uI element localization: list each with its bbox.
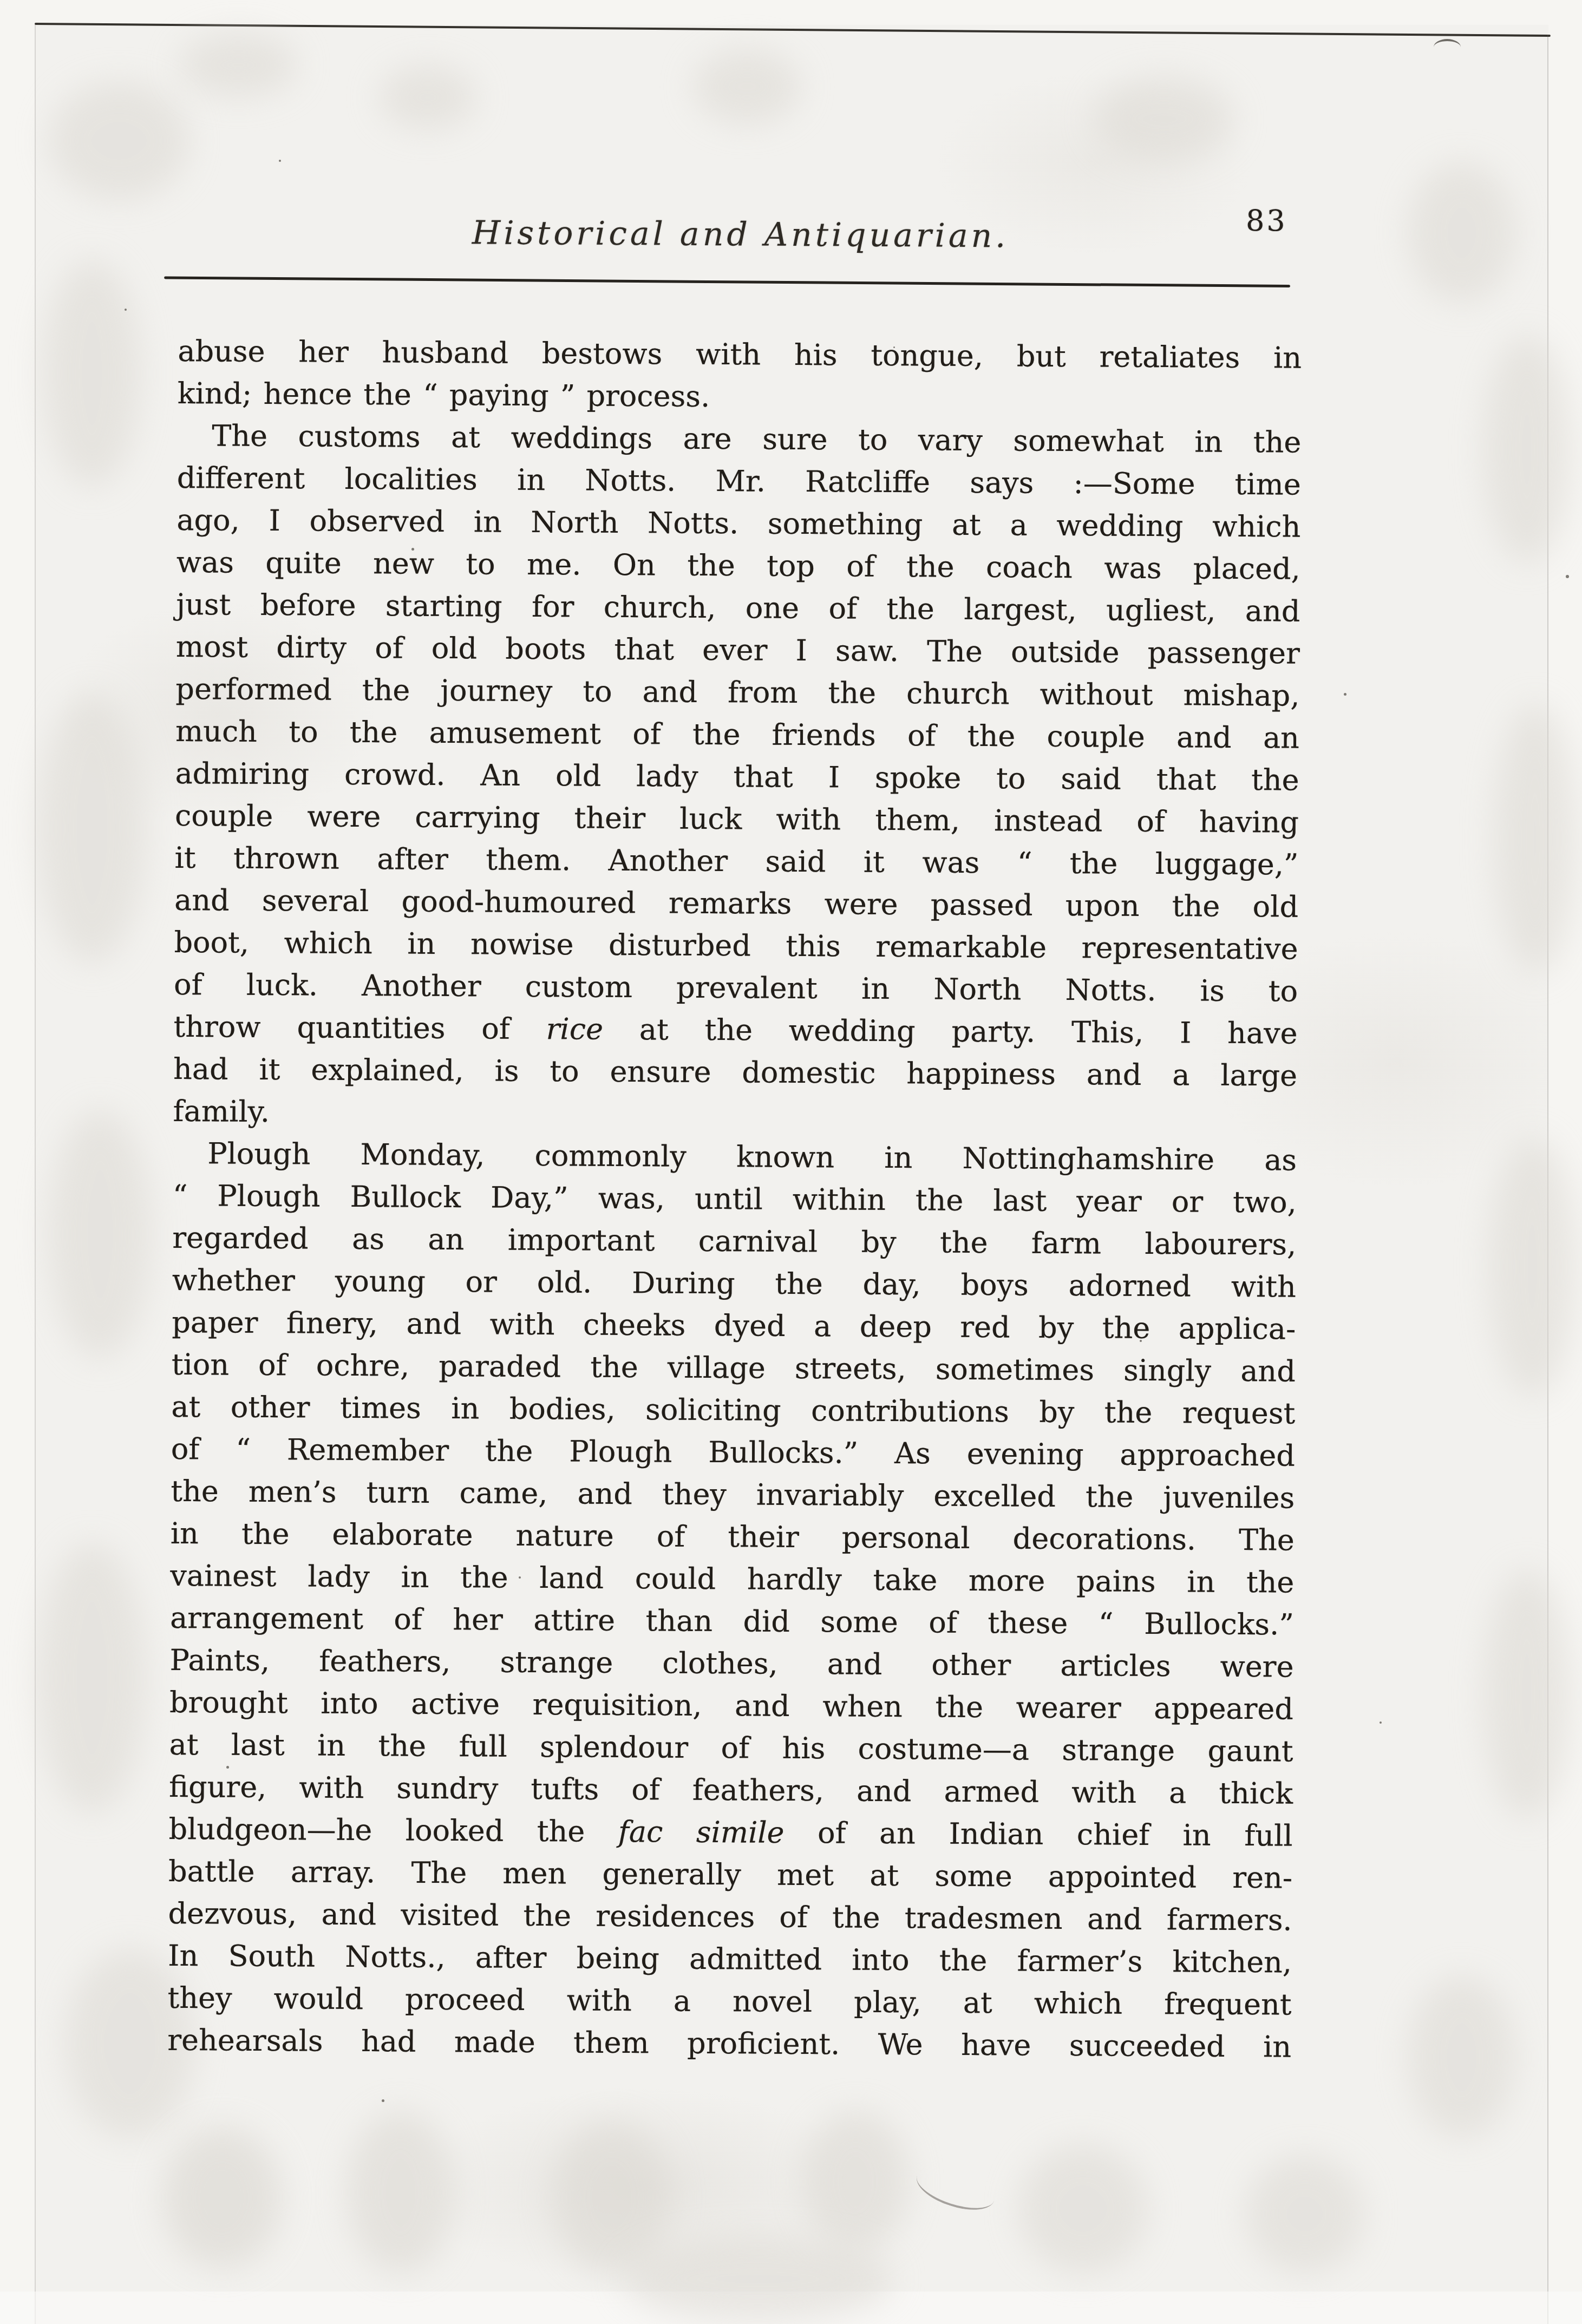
text-line: battle array. The men generally met at s… bbox=[168, 1850, 1292, 1900]
text-line: the men’s turn came, and they invariably… bbox=[171, 1470, 1295, 1520]
text-line: of “ Remember the Plough Bullocks.” As e… bbox=[171, 1428, 1295, 1477]
text-line: figure, with sundry tufts of feathers, a… bbox=[169, 1766, 1293, 1815]
text-line: rehearsals had made them proficient. We … bbox=[167, 2019, 1291, 2068]
text-line: family. bbox=[173, 1090, 1297, 1140]
text-line: it thrown after them. Another said it wa… bbox=[174, 837, 1298, 886]
text-line: “ Plough Bullock Day,” was, until within… bbox=[173, 1175, 1297, 1224]
text-line: most dirty of old boots that ever I saw.… bbox=[176, 626, 1300, 675]
text-line: in the elaborate nature of their persona… bbox=[171, 1513, 1295, 1562]
text-line: bludgeon—he looked the fac simile of an … bbox=[168, 1808, 1292, 1857]
scan-edge-left bbox=[35, 25, 36, 2324]
text-line: In South Notts., after being admitted in… bbox=[168, 1935, 1292, 1984]
body-text: abuse her husband bestows with his tongu… bbox=[167, 330, 1302, 2068]
text-line: regarded as an important carnival by the… bbox=[172, 1217, 1296, 1266]
text-line: couple were carrying their luck with the… bbox=[175, 795, 1299, 844]
text-line: just before starting for church, one of … bbox=[176, 584, 1300, 633]
text-line: throw quantities of rice at the wedding … bbox=[173, 1006, 1297, 1055]
text-line: they would proceed with a novel play, at… bbox=[167, 1977, 1291, 2026]
text-line: different localities in Notts. Mr. Ratcl… bbox=[177, 457, 1301, 506]
text-line: paper finery, and with cheeks dyed a dee… bbox=[172, 1301, 1296, 1351]
text-line: had it explained, is to ensure domestic … bbox=[173, 1048, 1297, 1097]
text-line: dezvous, and visited the residences of t… bbox=[168, 1893, 1292, 1942]
text-line: tion of ochre, paraded the village stree… bbox=[172, 1344, 1296, 1393]
text-line: much to the amusement of the friends of … bbox=[175, 710, 1299, 760]
text-line: at other times in bodies, soliciting con… bbox=[171, 1386, 1295, 1435]
text-line: and several good-humoured remarks were p… bbox=[174, 879, 1298, 928]
text-line: kind; hence the “ paying ” process. bbox=[178, 372, 1302, 422]
text-line: admiring crowd. An old lady that I spoke… bbox=[175, 752, 1299, 802]
text-line: arrangement of her attire than did some … bbox=[170, 1597, 1294, 1646]
text-line: performed the journey to and from the ch… bbox=[175, 668, 1299, 717]
text-line: Paints, feathers, strange clothes, and o… bbox=[169, 1639, 1293, 1688]
text-line: at last in the full splendour of his cos… bbox=[169, 1724, 1293, 1773]
running-header-title: Historical and Antiquarian. bbox=[472, 214, 1009, 255]
text-line: Plough Monday, commonly known in Notting… bbox=[173, 1132, 1297, 1182]
page-number: 83 bbox=[1246, 204, 1287, 238]
text-line: of luck. Another custom prevalent in Nor… bbox=[174, 964, 1298, 1013]
pen-arc-mark bbox=[1434, 39, 1461, 55]
text-line: abuse her husband bestows with his tongu… bbox=[178, 330, 1302, 379]
text-line: whether young or old. During the day, bo… bbox=[172, 1259, 1296, 1308]
text-line: was quite new to me. On the top of the c… bbox=[176, 541, 1300, 591]
text-line: brought into active requisition, and whe… bbox=[169, 1681, 1293, 1731]
text-line: The customs at weddings are sure to vary… bbox=[177, 415, 1301, 464]
text-line: vainest lady in the land could hardly ta… bbox=[170, 1555, 1294, 1604]
text-line: ago, I observed in North Notts. somethin… bbox=[176, 499, 1300, 548]
text-line: boot, which in nowise disturbed this rem… bbox=[174, 921, 1298, 971]
scanned-book-page: Historical and Antiquarian. 83 abuse her… bbox=[0, 0, 1582, 2324]
